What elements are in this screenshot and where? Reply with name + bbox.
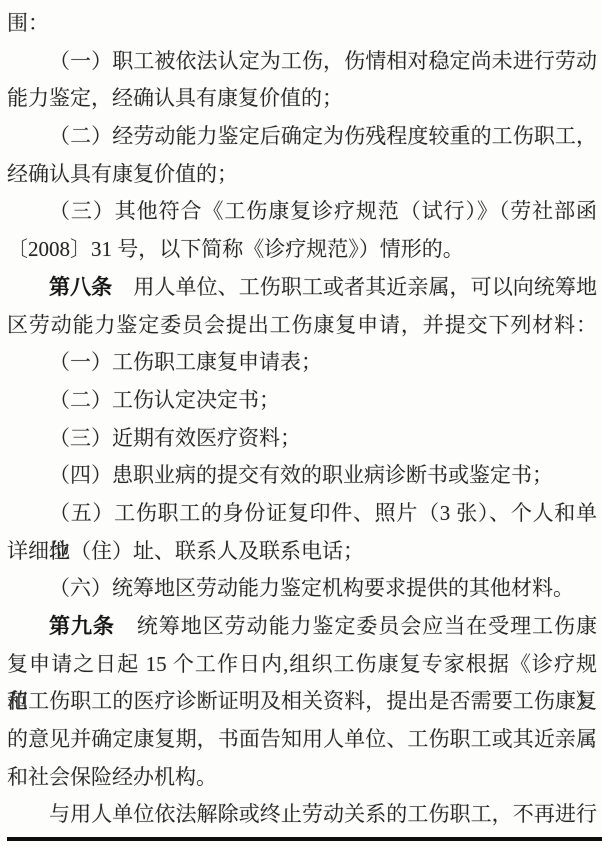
- text-line: 和工伤职工的医疗诊断证明及相关资料，提出是否需要工伤康复: [7, 683, 597, 721]
- text-line: （三）近期有效医疗资料；: [7, 420, 597, 458]
- text-line: （四）患职业病的提交有效的职业病诊断书或鉴定书；: [7, 457, 597, 495]
- text-line: （一）工伤职工康复申请表；: [7, 344, 597, 382]
- text-line: （三）其他符合《工伤康复诊疗规范（试行）》（劳社部函: [7, 193, 597, 231]
- article-number: 第九条: [49, 614, 115, 638]
- text-line: 能力鉴定，经确认具有康复价值的；: [7, 80, 597, 118]
- text-line: 和社会保险经办机构。: [7, 759, 597, 797]
- text-line: 与用人单位依法解除或终止劳动关系的工伤职工，不再进行: [7, 796, 597, 834]
- text-segment: 经确认具有康复价值的；: [7, 162, 238, 186]
- text-segment: 和工伤职工的医疗诊断证明及相关资料，提出是否需要工伤康复: [7, 689, 597, 713]
- text-line: 经确认具有康复价值的；: [7, 156, 597, 194]
- text-line: （五）工伤职工的身份证复印件、照片（3 张）、个人和单位: [7, 495, 597, 533]
- text-segment: （六）统筹地区劳动能力鉴定机构要求提供的其他材料。: [49, 576, 574, 600]
- text-segment: 围：: [7, 11, 49, 35]
- text-segment: 统筹地区劳动能力鉴定委员会应当在受理工伤康: [115, 614, 597, 638]
- text-segment: 用人单位、工伤职工或者其近亲属，可以向统筹地: [112, 275, 597, 299]
- text-line: 第八条 用人单位、工伤职工或者其近亲属，可以向统筹地: [7, 269, 597, 307]
- text-segment: 和社会保险经办机构。: [7, 765, 217, 789]
- text-line: （二）经劳动能力鉴定后确定为伤残程度较重的工伤职工，: [7, 118, 597, 156]
- text-line: （二）工伤认定决定书；: [7, 382, 597, 420]
- text-line: 第九条 统筹地区劳动能力鉴定委员会应当在受理工伤康: [7, 608, 597, 646]
- article-number: 第八条: [49, 275, 112, 299]
- text-segment: （一）职工被依法认定为工伤，伤情相对稳定尚未进行劳动: [49, 49, 597, 73]
- text-line: 的意见并确定康复期，书面告知用人单位、工伤职工或其近亲属: [7, 721, 597, 759]
- text-line: 区劳动能力鉴定委员会提出工伤康复申请，并提交下列材料：: [7, 307, 597, 345]
- text-segment: （一）工伤职工康复申请表；: [49, 350, 322, 374]
- text-line: 详细地（住）址、联系人及联系电话；: [7, 533, 597, 571]
- scanned-document-page: 围：（一）职工被依法认定为工伤，伤情相对稳定尚未进行劳动能力鉴定，经确认具有康复…: [0, 0, 602, 846]
- text-line: 〔2008〕31 号，以下简称《诊疗规范》）情形的。: [7, 231, 597, 269]
- text-segment: （三）近期有效医疗资料；: [49, 426, 301, 450]
- text-segment: （三）其他符合《工伤康复诊疗规范（试行）》（劳社部函: [49, 199, 597, 223]
- text-segment: （四）患职业病的提交有效的职业病诊断书或鉴定书；: [49, 463, 553, 487]
- text-line: （六）统筹地区劳动能力鉴定机构要求提供的其他材料。: [7, 570, 597, 608]
- text-line: 围：: [7, 5, 597, 43]
- text-line: 复申请之日起 15 个工作日内,组织工伤康复专家根据《诊疗规范》: [7, 646, 597, 684]
- text-segment: 区劳动能力鉴定委员会提出工伤康复申请，并提交下列材料：: [7, 313, 597, 337]
- text-segment: 〔2008〕31 号，以下简称《诊疗规范》）情形的。: [7, 237, 464, 261]
- text-segment: （二）经劳动能力鉴定后确定为伤残程度较重的工伤职工，: [49, 124, 597, 148]
- text-segment: （二）工伤认定决定书；: [49, 388, 280, 412]
- text-segment: 详细地（住）址、联系人及联系电话；: [7, 539, 364, 563]
- page-bottom-rule: [7, 837, 602, 841]
- text-segment: 的意见并确定康复期，书面告知用人单位、工伤职工或其近亲属: [7, 727, 597, 751]
- text-segment: 与用人单位依法解除或终止劳动关系的工伤职工，不再进行: [49, 802, 597, 826]
- document-body: 围：（一）职工被依法认定为工伤，伤情相对稳定尚未进行劳动能力鉴定，经确认具有康复…: [0, 5, 602, 834]
- text-segment: 能力鉴定，经确认具有康复价值的；: [7, 86, 343, 110]
- text-line: （一）职工被依法认定为工伤，伤情相对稳定尚未进行劳动: [7, 43, 597, 81]
